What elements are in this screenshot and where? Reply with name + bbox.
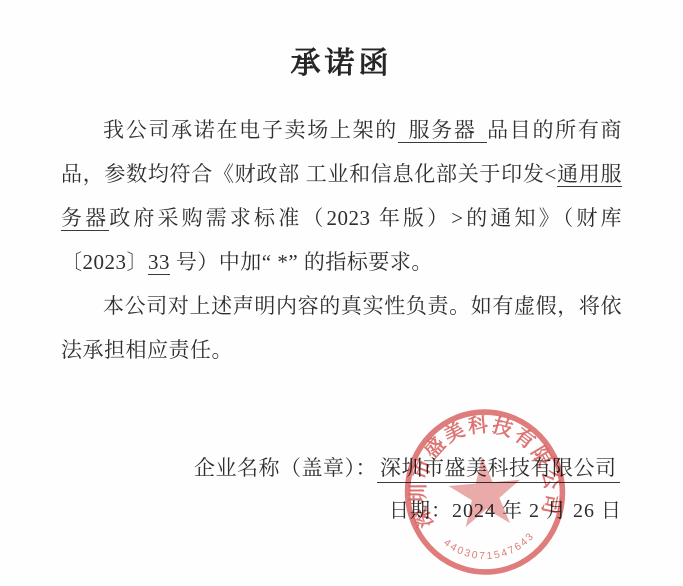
seal-ring <box>401 406 569 579</box>
document-body: 我公司承诺在电子卖场上架的服务器品目的所有商品，参数均符合《财政部 工业和信息化… <box>61 108 622 372</box>
paragraph-commitment: 我公司承诺在电子卖场上架的服务器品目的所有商品，参数均符合《财政部 工业和信息化… <box>61 108 622 284</box>
date-value: 2024 年 2 月 26 日 <box>452 500 622 522</box>
date-label: 日期： <box>389 500 452 522</box>
document-title: 承诺函 <box>0 38 683 82</box>
seal-number-text: 4403071547643 <box>441 530 539 567</box>
p1-text-a: 我公司承诺在电子卖场上架的 <box>103 118 398 142</box>
company-name-value: 深圳市盛美科技有限公司 <box>377 456 620 483</box>
p1-text-d: 号）中加“ *” 的指标要求。 <box>170 250 433 274</box>
date-line: 日期：2024 年 2 月 26 日 <box>389 494 622 523</box>
doc-number-underlined: 33 <box>148 250 170 275</box>
company-seal-stamp: 深圳市盛美科技有限公司 4403071547643 <box>392 397 579 586</box>
paragraph-responsibility: 本公司对上述声明内容的真实性负责。如有虚假，将依法承担相应责任。 <box>61 284 622 372</box>
category-blank-underlined: 服务器 <box>398 118 487 143</box>
scanned-document-page: 承诺函 我公司承诺在电子卖场上架的服务器品目的所有商品，参数均符合《财政部 工业… <box>0 0 683 586</box>
company-name-label: 企业名称（盖章）： <box>194 456 377 480</box>
company-signature-line: 企业名称（盖章）：深圳市盛美科技有限公司 <box>194 452 620 482</box>
